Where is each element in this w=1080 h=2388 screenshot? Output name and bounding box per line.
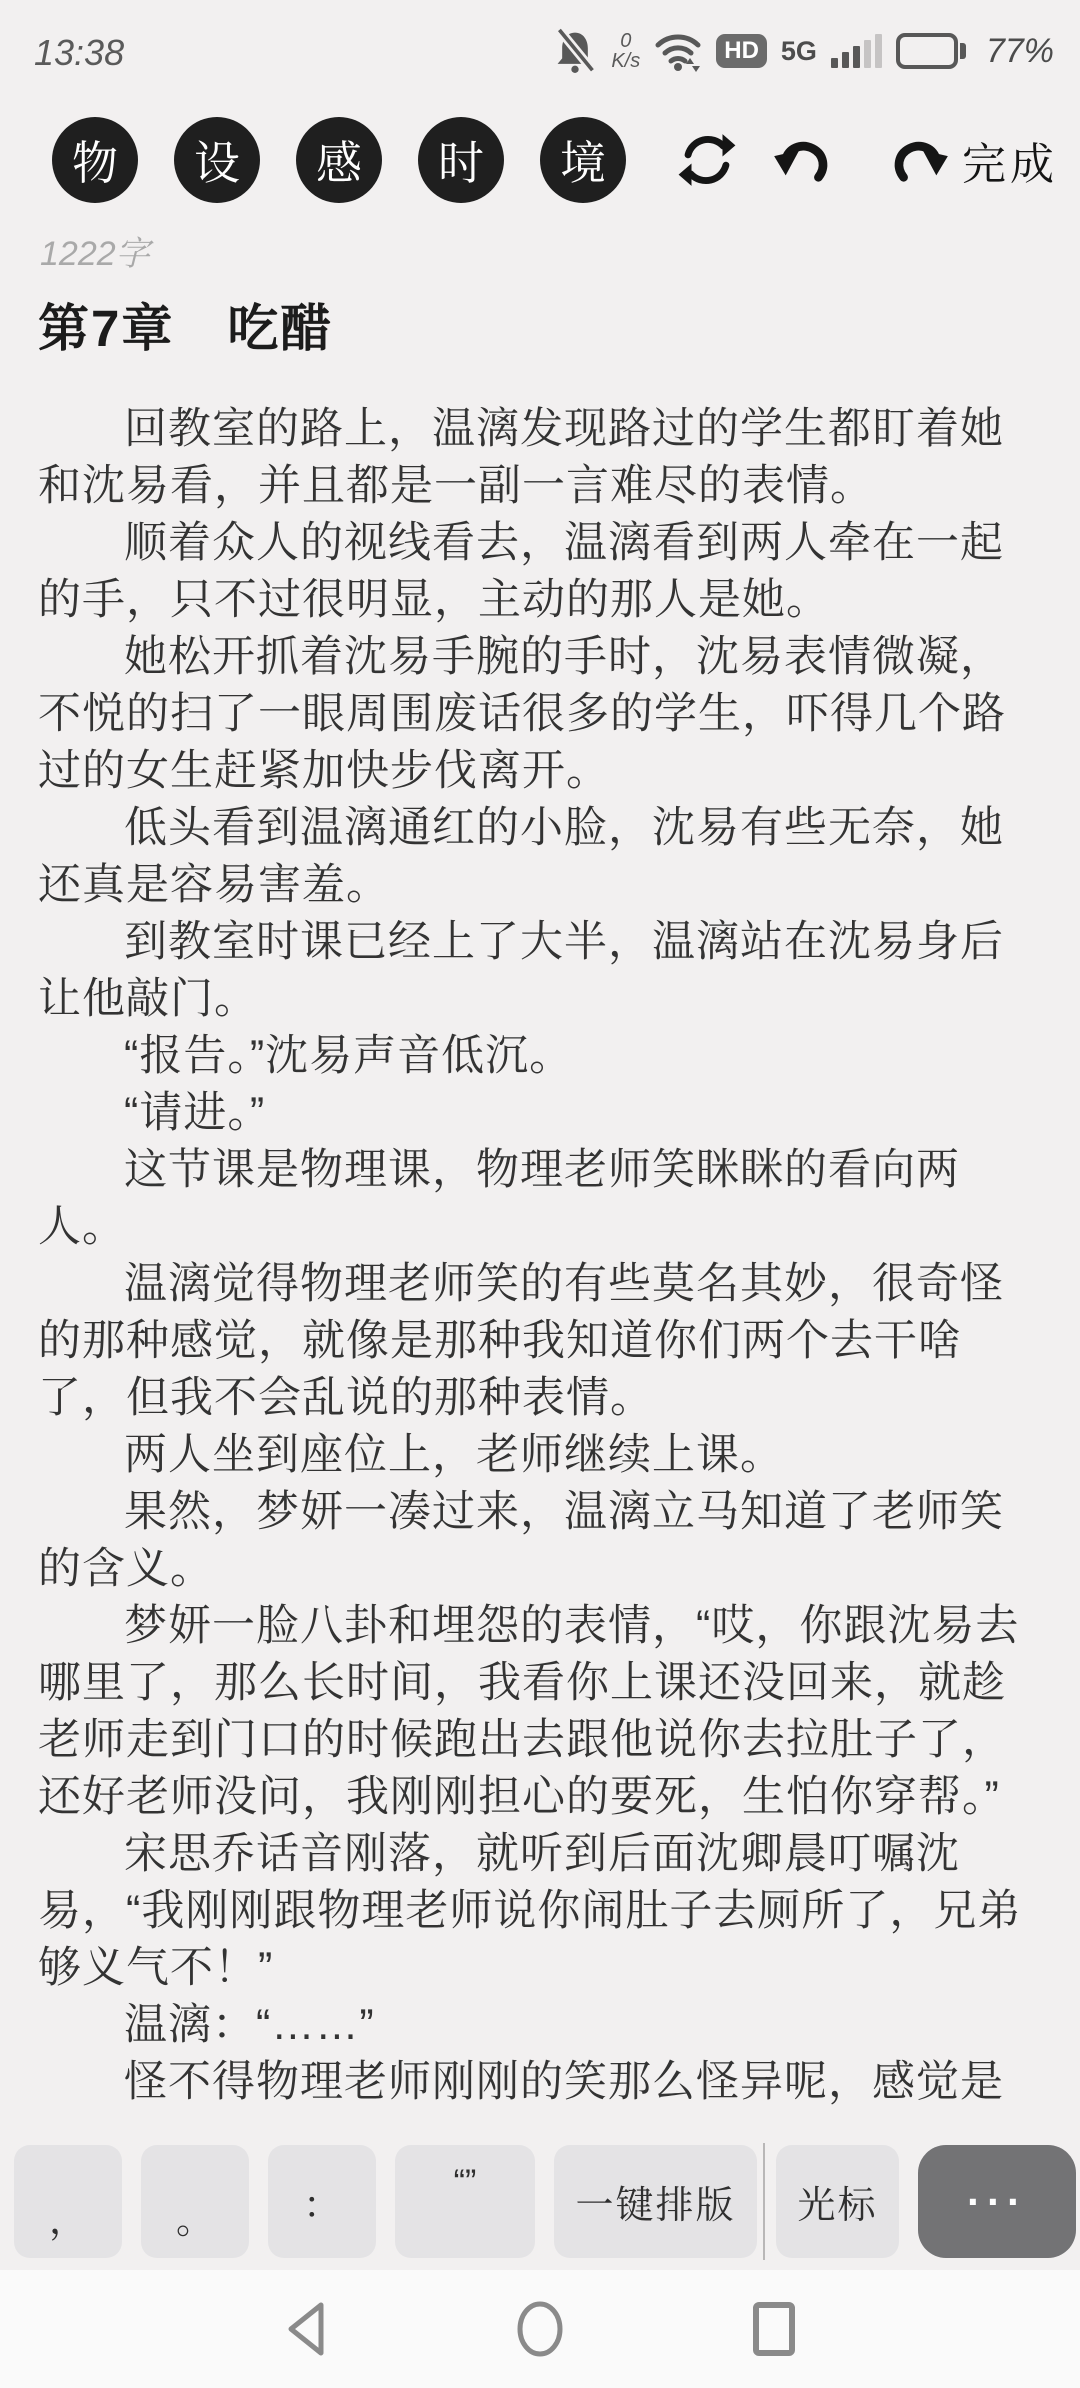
key-quotes[interactable]: “” <box>395 2145 535 2258</box>
punctuation-bar: ， 。 ： “” 一键排版 光标 ··· <box>0 2145 1080 2258</box>
paragraph[interactable]: 两人坐到座位上，老师继续上课。 <box>38 1427 1042 1484</box>
notifications-muted-icon <box>553 28 597 74</box>
word-count: 1222字 <box>40 226 1042 275</box>
network-speed: 0 K/s <box>611 31 640 71</box>
paragraph[interactable]: 这节课是物理课，物理老师笑眯眯的看向两人。 <box>38 1142 1042 1256</box>
key-period-label: 。 <box>176 2189 214 2258</box>
paragraph[interactable]: 她松开抓着沈易手腕的手时，沈易表情微凝，不悦的扫了一眼周围废话很多的学生，吓得几… <box>38 629 1042 800</box>
paragraph[interactable]: 到教室时课已经上了大半，温漓站在沈易身后让他敲门。 <box>38 914 1042 1028</box>
app-screen: 13:38 0 K/s <box>0 0 1080 2388</box>
key-period[interactable]: 。 <box>141 2145 249 2258</box>
battery-icon <box>896 33 966 69</box>
android-nav-bar <box>0 2270 1080 2388</box>
paragraph[interactable]: 温漓：“……” <box>38 1997 1042 2054</box>
wifi-icon <box>654 30 702 72</box>
paragraph[interactable]: 低头看到温漓通红的小脸，沈易有些无奈，她还真是容易害羞。 <box>38 800 1042 914</box>
tool-chip-feeling[interactable]: 感 <box>296 117 382 203</box>
signal-bars-icon <box>831 34 882 68</box>
auto-format-button[interactable]: 一键排版 <box>554 2145 757 2258</box>
tool-chip-character[interactable]: 物 <box>52 117 138 203</box>
paragraph[interactable]: 怪不得物理老师刚刚的笑那么怪异呢，感觉是 <box>38 2054 1042 2111</box>
hd-voice-badge: HD <box>716 34 767 68</box>
paragraph[interactable]: 果然，梦妍一凑过来，温漓立马知道了老师笑的含义。 <box>38 1484 1042 1598</box>
tool-chip-scene[interactable]: 境 <box>540 117 626 203</box>
key-colon-label: ： <box>303 2174 341 2229</box>
key-colon[interactable]: ： <box>268 2145 376 2258</box>
key-comma-label: ， <box>49 2189 87 2258</box>
tool-chip-time[interactable]: 时 <box>418 117 504 203</box>
key-quotes-label: “” <box>454 2163 477 2202</box>
clock: 13:38 <box>34 32 124 74</box>
key-comma[interactable]: ， <box>14 2145 122 2258</box>
sync-icon[interactable] <box>676 129 738 191</box>
paragraph[interactable]: 顺着众人的视线看去，温漓看到两人牵在一起的手，只不过很明显，主动的那人是她。 <box>38 515 1042 629</box>
battery-percent: 77% <box>986 32 1054 71</box>
network-type-label: 5G <box>781 36 817 67</box>
paragraph[interactable]: 温漓觉得物理老师笑的有些莫名其妙，很奇怪的那种感觉，就像是那种我知道你们两个去干… <box>38 1256 1042 1427</box>
chapter-title[interactable]: 第7章 吃醋 <box>38 287 1042 361</box>
back-icon[interactable] <box>283 2301 329 2357</box>
undo-icon[interactable] <box>774 135 832 185</box>
edit-toolbar: 物 设 感 时 境 完成 <box>0 104 1080 216</box>
status-bar: 13:38 0 K/s <box>0 0 1080 82</box>
chapter-editor[interactable]: 1222字 第7章 吃醋 回教室的路上，温漓发现路过的学生都盯着她和沈易看，并且… <box>38 226 1042 2150</box>
cursor-button[interactable]: 光标 <box>776 2145 899 2258</box>
recents-icon[interactable] <box>751 2301 797 2357</box>
network-speed-unit: K/s <box>611 51 640 71</box>
done-button[interactable]: 完成 <box>962 128 1058 192</box>
network-speed-value: 0 <box>620 31 631 51</box>
punct-bar-divider <box>763 2143 765 2260</box>
paragraph[interactable]: 梦妍一脸八卦和埋怨的表情，“哎，你跟沈易去哪里了，那么长时间，我看你上课还没回来… <box>38 1598 1042 1826</box>
home-icon[interactable] <box>515 2301 565 2357</box>
paragraph[interactable]: “请进。” <box>38 1085 1042 1142</box>
more-keys-button[interactable]: ··· <box>918 2145 1076 2258</box>
redo-icon[interactable] <box>890 135 948 185</box>
paragraph[interactable]: “报告。”沈易声音低沉。 <box>38 1028 1042 1085</box>
tool-chip-setting[interactable]: 设 <box>174 117 260 203</box>
status-icons: 0 K/s HD 5G 77 <box>553 28 1054 74</box>
paragraph[interactable]: 回教室的路上，温漓发现路过的学生都盯着她和沈易看，并且都是一副一言难尽的表情。 <box>38 401 1042 515</box>
paragraph[interactable]: 宋思乔话音刚落，就听到后面沈卿晨叮嘱沈易，“我刚刚跟物理老师说你闹肚子去厕所了，… <box>38 1826 1042 1997</box>
